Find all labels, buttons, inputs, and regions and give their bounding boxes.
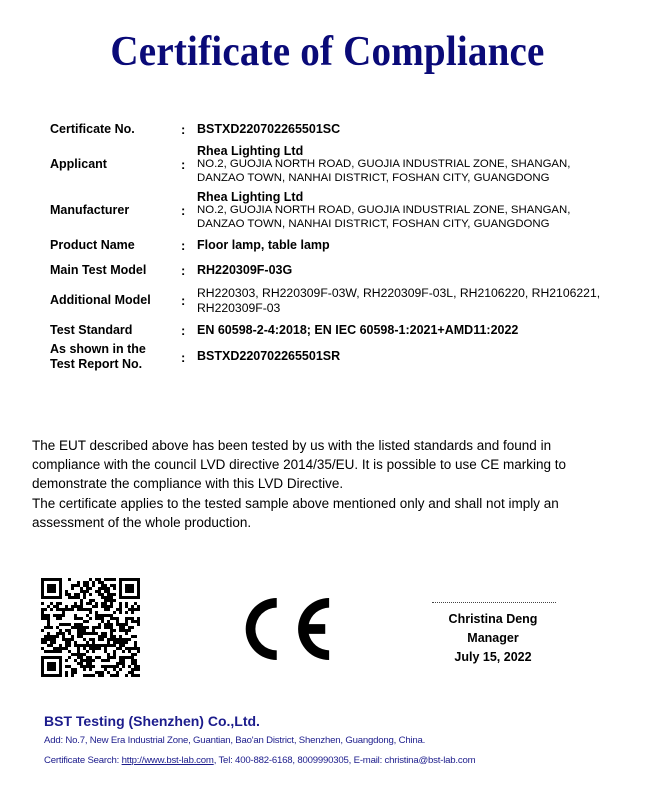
statement-paragraph-2: The certificate applies to the tested sa… <box>32 494 622 532</box>
value-main-test-model: RH220309F-03G <box>197 264 610 278</box>
label-main-test-model: Main Test Model <box>50 263 181 278</box>
label-test-report: As shown in the Test Report No. <box>50 342 170 372</box>
separator: : <box>181 263 197 278</box>
website-link[interactable]: http://www.bst-lab.com <box>122 755 214 766</box>
value-additional-model: RH220303, RH220309F-03W, RH220309F-03L, … <box>197 286 610 315</box>
label-applicant: Applicant <box>50 157 181 172</box>
manufacturer-company: Rhea Lighting Ltd <box>197 190 610 204</box>
signatory-role: Manager <box>428 629 558 648</box>
footer-contact: Certificate Search: http://www.bst-lab.c… <box>44 754 644 767</box>
label-product-name: Product Name <box>50 238 181 253</box>
separator: : <box>181 350 197 365</box>
manufacturer-address: NO.2, GUOJIA NORTH ROAD, GUOJIA INDUSTRI… <box>197 204 610 231</box>
compliance-statement: The EUT described above has been tested … <box>32 436 622 532</box>
signature-line <box>432 602 556 603</box>
row-main-test-model: Main Test Model : RH220309F-03G <box>50 263 610 278</box>
row-additional-model: Additional Model : RH220303, RH220309F-0… <box>50 286 610 315</box>
value-test-report: BSTXD220702265501SR <box>197 350 610 364</box>
row-applicant: Applicant : Rhea Lighting Ltd NO.2, GUOJ… <box>50 144 610 185</box>
separator: : <box>181 203 197 218</box>
ce-mark-icon <box>236 594 333 664</box>
footer-company: BST Testing (Shenzhen) Co.,Ltd. <box>44 713 644 729</box>
row-test-standard: Test Standard : EN 60598-2-4:2018; EN IE… <box>50 323 610 338</box>
applicant-company: Rhea Lighting Ltd <box>197 144 610 158</box>
separator: : <box>181 323 197 338</box>
value-product-name: Floor lamp, table lamp <box>197 239 610 253</box>
signatory-name: Christina Deng <box>428 610 558 629</box>
certificate-details: Certificate No. : BSTXD220702265501SC Ap… <box>50 122 610 377</box>
value-test-standard: EN 60598-2-4:2018; EN IEC 60598-1:2021+A… <box>197 324 610 338</box>
contact-info: , Tel: 400-882-6168, 8009990305, E-mail:… <box>214 755 476 766</box>
row-manufacturer: Manufacturer : Rhea Lighting Ltd NO.2, G… <box>50 190 610 231</box>
label-additional-model: Additional Model <box>50 293 181 308</box>
signature-block: Christina Deng Manager July 15, 2022 <box>428 602 558 667</box>
label-test-standard: Test Standard <box>50 323 181 338</box>
label-manufacturer: Manufacturer <box>50 203 181 218</box>
separator: : <box>181 238 197 253</box>
separator: : <box>181 157 197 172</box>
value-manufacturer: Rhea Lighting Ltd NO.2, GUOJIA NORTH ROA… <box>197 190 610 231</box>
statement-paragraph-1: The EUT described above has been tested … <box>32 436 622 494</box>
row-test-report: As shown in the Test Report No. : BSTXD2… <box>50 342 610 372</box>
separator: : <box>181 293 197 308</box>
search-label: Certificate Search: <box>44 755 122 766</box>
separator: : <box>181 122 197 137</box>
value-applicant: Rhea Lighting Ltd NO.2, GUOJIA NORTH ROA… <box>197 144 610 185</box>
value-certificate-no: BSTXD220702265501SC <box>197 123 610 137</box>
row-product-name: Product Name : Floor lamp, table lamp <box>50 238 610 253</box>
qr-code-icon[interactable] <box>41 578 140 677</box>
label-certificate-no: Certificate No. <box>50 122 181 137</box>
certificate-title: Certificate of Compliance <box>23 28 632 76</box>
footer-address: Add: No.7, New Era Industrial Zone, Guan… <box>44 734 644 747</box>
row-certificate-no: Certificate No. : BSTXD220702265501SC <box>50 122 610 137</box>
signature-date: July 15, 2022 <box>428 648 558 667</box>
footer: BST Testing (Shenzhen) Co.,Ltd. Add: No.… <box>44 713 644 774</box>
applicant-address: NO.2, GUOJIA NORTH ROAD, GUOJIA INDUSTRI… <box>197 158 610 185</box>
